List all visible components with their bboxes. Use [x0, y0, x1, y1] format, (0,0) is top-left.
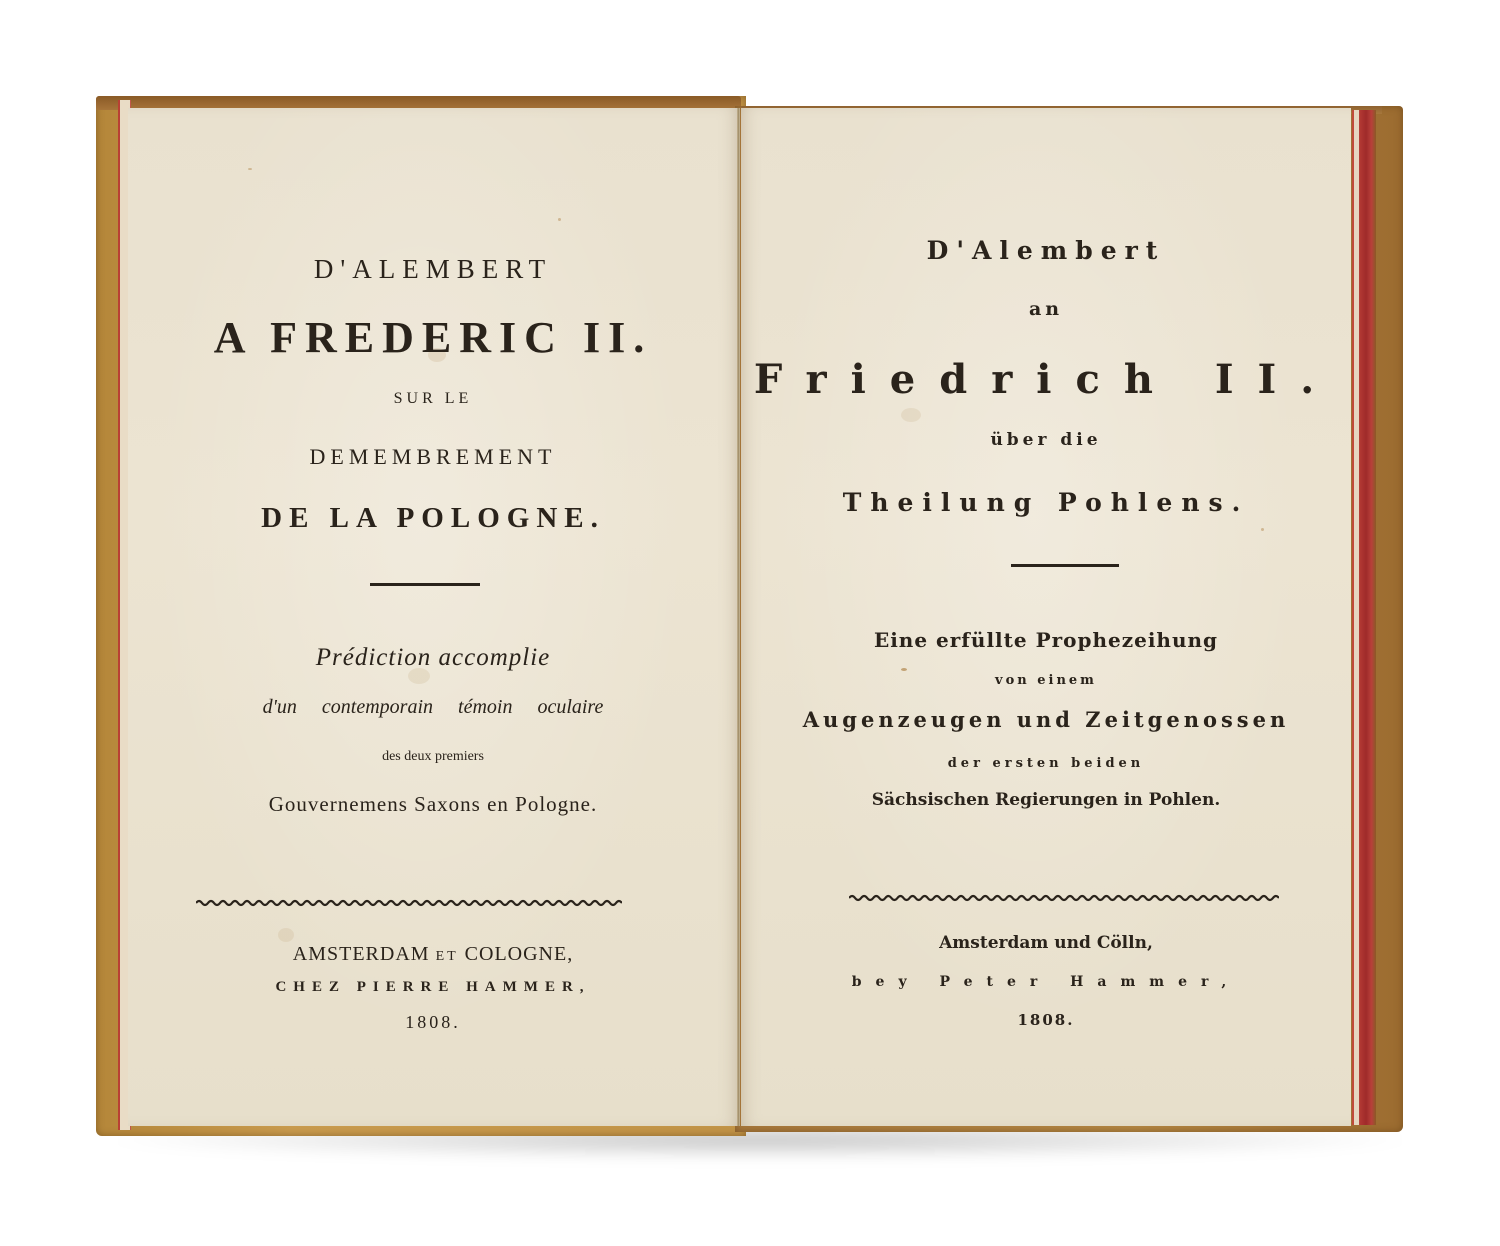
- author-line: D'ALEMBERT: [128, 254, 738, 285]
- title-subject-2: DE LA POLOGNE.: [128, 502, 738, 535]
- subtitle-line-2: von einem: [741, 673, 1351, 688]
- paper-speck: [901, 668, 907, 671]
- title-connector-2: über die: [741, 430, 1351, 450]
- subtitle-line-4: der ersten beiden: [741, 756, 1351, 771]
- main-title: Friedrich II.: [741, 356, 1351, 403]
- imprint-city-a: AMSTERDAM: [293, 943, 430, 965]
- imprint-cities: Amsterdam und Cölln,: [741, 933, 1351, 953]
- title-connector: SUR LE: [128, 390, 738, 408]
- title-subject: DEMEMBREMENT: [128, 444, 738, 470]
- short-rule-divider: [1011, 564, 1119, 567]
- subtitle-line-2: d'un contemporain témoin oculaire: [128, 696, 738, 719]
- imprint-year: 1808.: [128, 1012, 738, 1033]
- wavy-rule-divider: [196, 898, 622, 908]
- paper-speck: [558, 218, 561, 221]
- foxing-spot: [278, 928, 294, 942]
- imprint-et: ET: [436, 949, 459, 964]
- subtitle-line-4: Gouvernemens Saxons en Pologne.: [128, 792, 738, 817]
- imprint-city-b: COLOGNE,: [465, 943, 574, 965]
- foxing-spot: [901, 408, 921, 422]
- imprint-cities: AMSTERDAM ET COLOGNE,: [128, 943, 738, 966]
- imprint-year: 1808.: [741, 1011, 1351, 1029]
- short-rule-divider: [370, 583, 480, 586]
- subtitle-line-3: Augenzeugen und Zeitgenossen: [741, 707, 1351, 732]
- author-line: D'Alembert: [741, 236, 1351, 265]
- imprint-publisher: bey Peter Hammer,: [741, 974, 1351, 990]
- right-red-page-edges: [1352, 110, 1376, 1125]
- wavy-rule-divider: [849, 893, 1279, 903]
- left-title-page: D'ALEMBERT A FREDERIC II. SUR LE DEMEMBR…: [128, 108, 738, 1126]
- title-connector: an: [741, 298, 1351, 320]
- title-subject: Theilung Pohlens.: [741, 488, 1351, 517]
- subtitle-line-3: des deux premiers: [128, 749, 738, 765]
- subtitle-line-1: Eine erfüllte Prophezeihung: [741, 628, 1351, 652]
- main-title: A FREDERIC II.: [128, 312, 738, 363]
- book-gutter: [737, 108, 740, 1126]
- subtitle-line-1: Prédiction accomplie: [128, 644, 738, 672]
- paper-speck: [1261, 528, 1264, 531]
- right-title-page: D'Alembert an Friedrich II. über die The…: [741, 108, 1351, 1126]
- subtitle-line-5: Sächsischen Regierungen in Pohlen.: [741, 790, 1351, 810]
- imprint-publisher: CHEZ PIERRE HAMMER,: [128, 979, 738, 996]
- paper-speck: [248, 168, 252, 170]
